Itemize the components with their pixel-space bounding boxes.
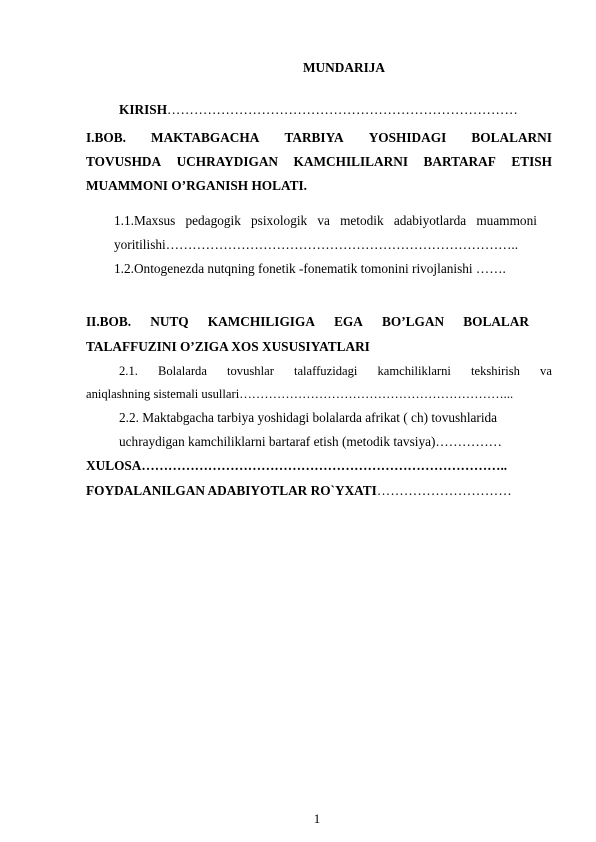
word: II.BOB. — [86, 314, 131, 330]
word: va — [540, 363, 552, 379]
word: pedagogik — [185, 213, 240, 229]
word: va — [317, 213, 330, 229]
chapter-2-line-2: TALAFFUZINI O’ZIGA XOS XUSUSIYATLARI — [86, 339, 370, 355]
word: adabiyotlarda — [394, 213, 466, 229]
chapter-1-line-1: I.BOB. MAKTABGACHA TARBIYA YOSHIDAGI BOL… — [86, 130, 552, 146]
section-2-1-line-2: aniqlashning sistemali usullari………………………… — [86, 386, 513, 402]
word: ETISH — [511, 154, 552, 170]
chapter-1-line-3: MUAMMONI O’RGANISH HOLATI. — [86, 178, 307, 194]
word: EGA — [334, 314, 363, 330]
word: tovushlar — [227, 363, 274, 379]
word: 1.1.Maxsus — [114, 213, 175, 229]
word: TARBIYA — [284, 130, 343, 146]
word: Bolalarda — [158, 363, 207, 379]
word: UCHRAYDIGAN — [177, 154, 278, 170]
word: 2.1. — [119, 363, 138, 379]
word: TOVUSHDA — [86, 154, 161, 170]
toc-xulosa-leader: ……………………………………………………………………….. — [141, 458, 507, 473]
word: BO’LGAN — [382, 314, 444, 330]
section-2-1-line-1: 2.1. Bolalarda tovushlar talaffuzidagi k… — [119, 363, 552, 379]
word: BOLALARNI — [471, 130, 552, 146]
chapter-1-line-2: TOVUSHDA UCHRAYDIGAN KAMCHILILARNI BARTA… — [86, 154, 552, 170]
page-number: 1 — [0, 811, 596, 827]
word: KAMCHILILARNI — [294, 154, 409, 170]
chapter-2-line-1: II.BOB. NUTQ KAMCHILIGIGA EGA BO’LGAN BO… — [86, 314, 529, 330]
word: tekshirish — [471, 363, 520, 379]
word: BOLALAR — [463, 314, 529, 330]
document-page: MUNDARIJA KIRISH………………………………………………………………… — [0, 0, 596, 842]
page-title: MUNDARIJA — [0, 60, 596, 76]
toc-entry-section-1-2[interactable]: 1.2.Ontogenezda nutqning fonetik -fonema… — [114, 261, 506, 277]
section-2-2-line-1: 2.2. Maktabgacha tarbiya yoshidagi bolal… — [119, 410, 497, 426]
word: psixologik — [251, 213, 307, 229]
word: KAMCHILIGIGA — [208, 314, 315, 330]
word: muammoni — [476, 213, 537, 229]
toc-entry-kirish[interactable]: KIRISH…………………………………………………………………… — [119, 102, 518, 118]
toc-entry-references[interactable]: FOYDALANILGAN ADABIYOTLAR RO`YXATI………………… — [86, 483, 512, 499]
word: YOSHIDAGI — [369, 130, 447, 146]
word: I.BOB. — [86, 130, 126, 146]
toc-references-leader: ………………………… — [377, 483, 512, 498]
word: BARTARAF — [423, 154, 495, 170]
section-1-1-line-1: 1.1.Maxsus pedagogik psixologik va metod… — [114, 213, 537, 229]
word: kamchiliklarni — [377, 363, 450, 379]
section-1-1-line-2: yoritilishi…………………………………………………………………….. — [114, 237, 518, 253]
word: MAKTABGACHA — [151, 130, 259, 146]
toc-kirish-leader: …………………………………………………………………… — [167, 102, 518, 117]
toc-references-label: FOYDALANILGAN ADABIYOTLAR RO`YXATI — [86, 483, 377, 498]
toc-xulosa-label: XULOSA — [86, 458, 141, 473]
word: talaffuzidagi — [294, 363, 357, 379]
toc-kirish-label: KIRISH — [119, 102, 167, 117]
section-2-2-line-2: uchraydigan kamchiliklarni bartaraf etis… — [119, 434, 502, 450]
toc-entry-xulosa[interactable]: XULOSA……………………………………………………………………….. — [86, 458, 507, 474]
word: NUTQ — [150, 314, 188, 330]
word: metodik — [340, 213, 384, 229]
